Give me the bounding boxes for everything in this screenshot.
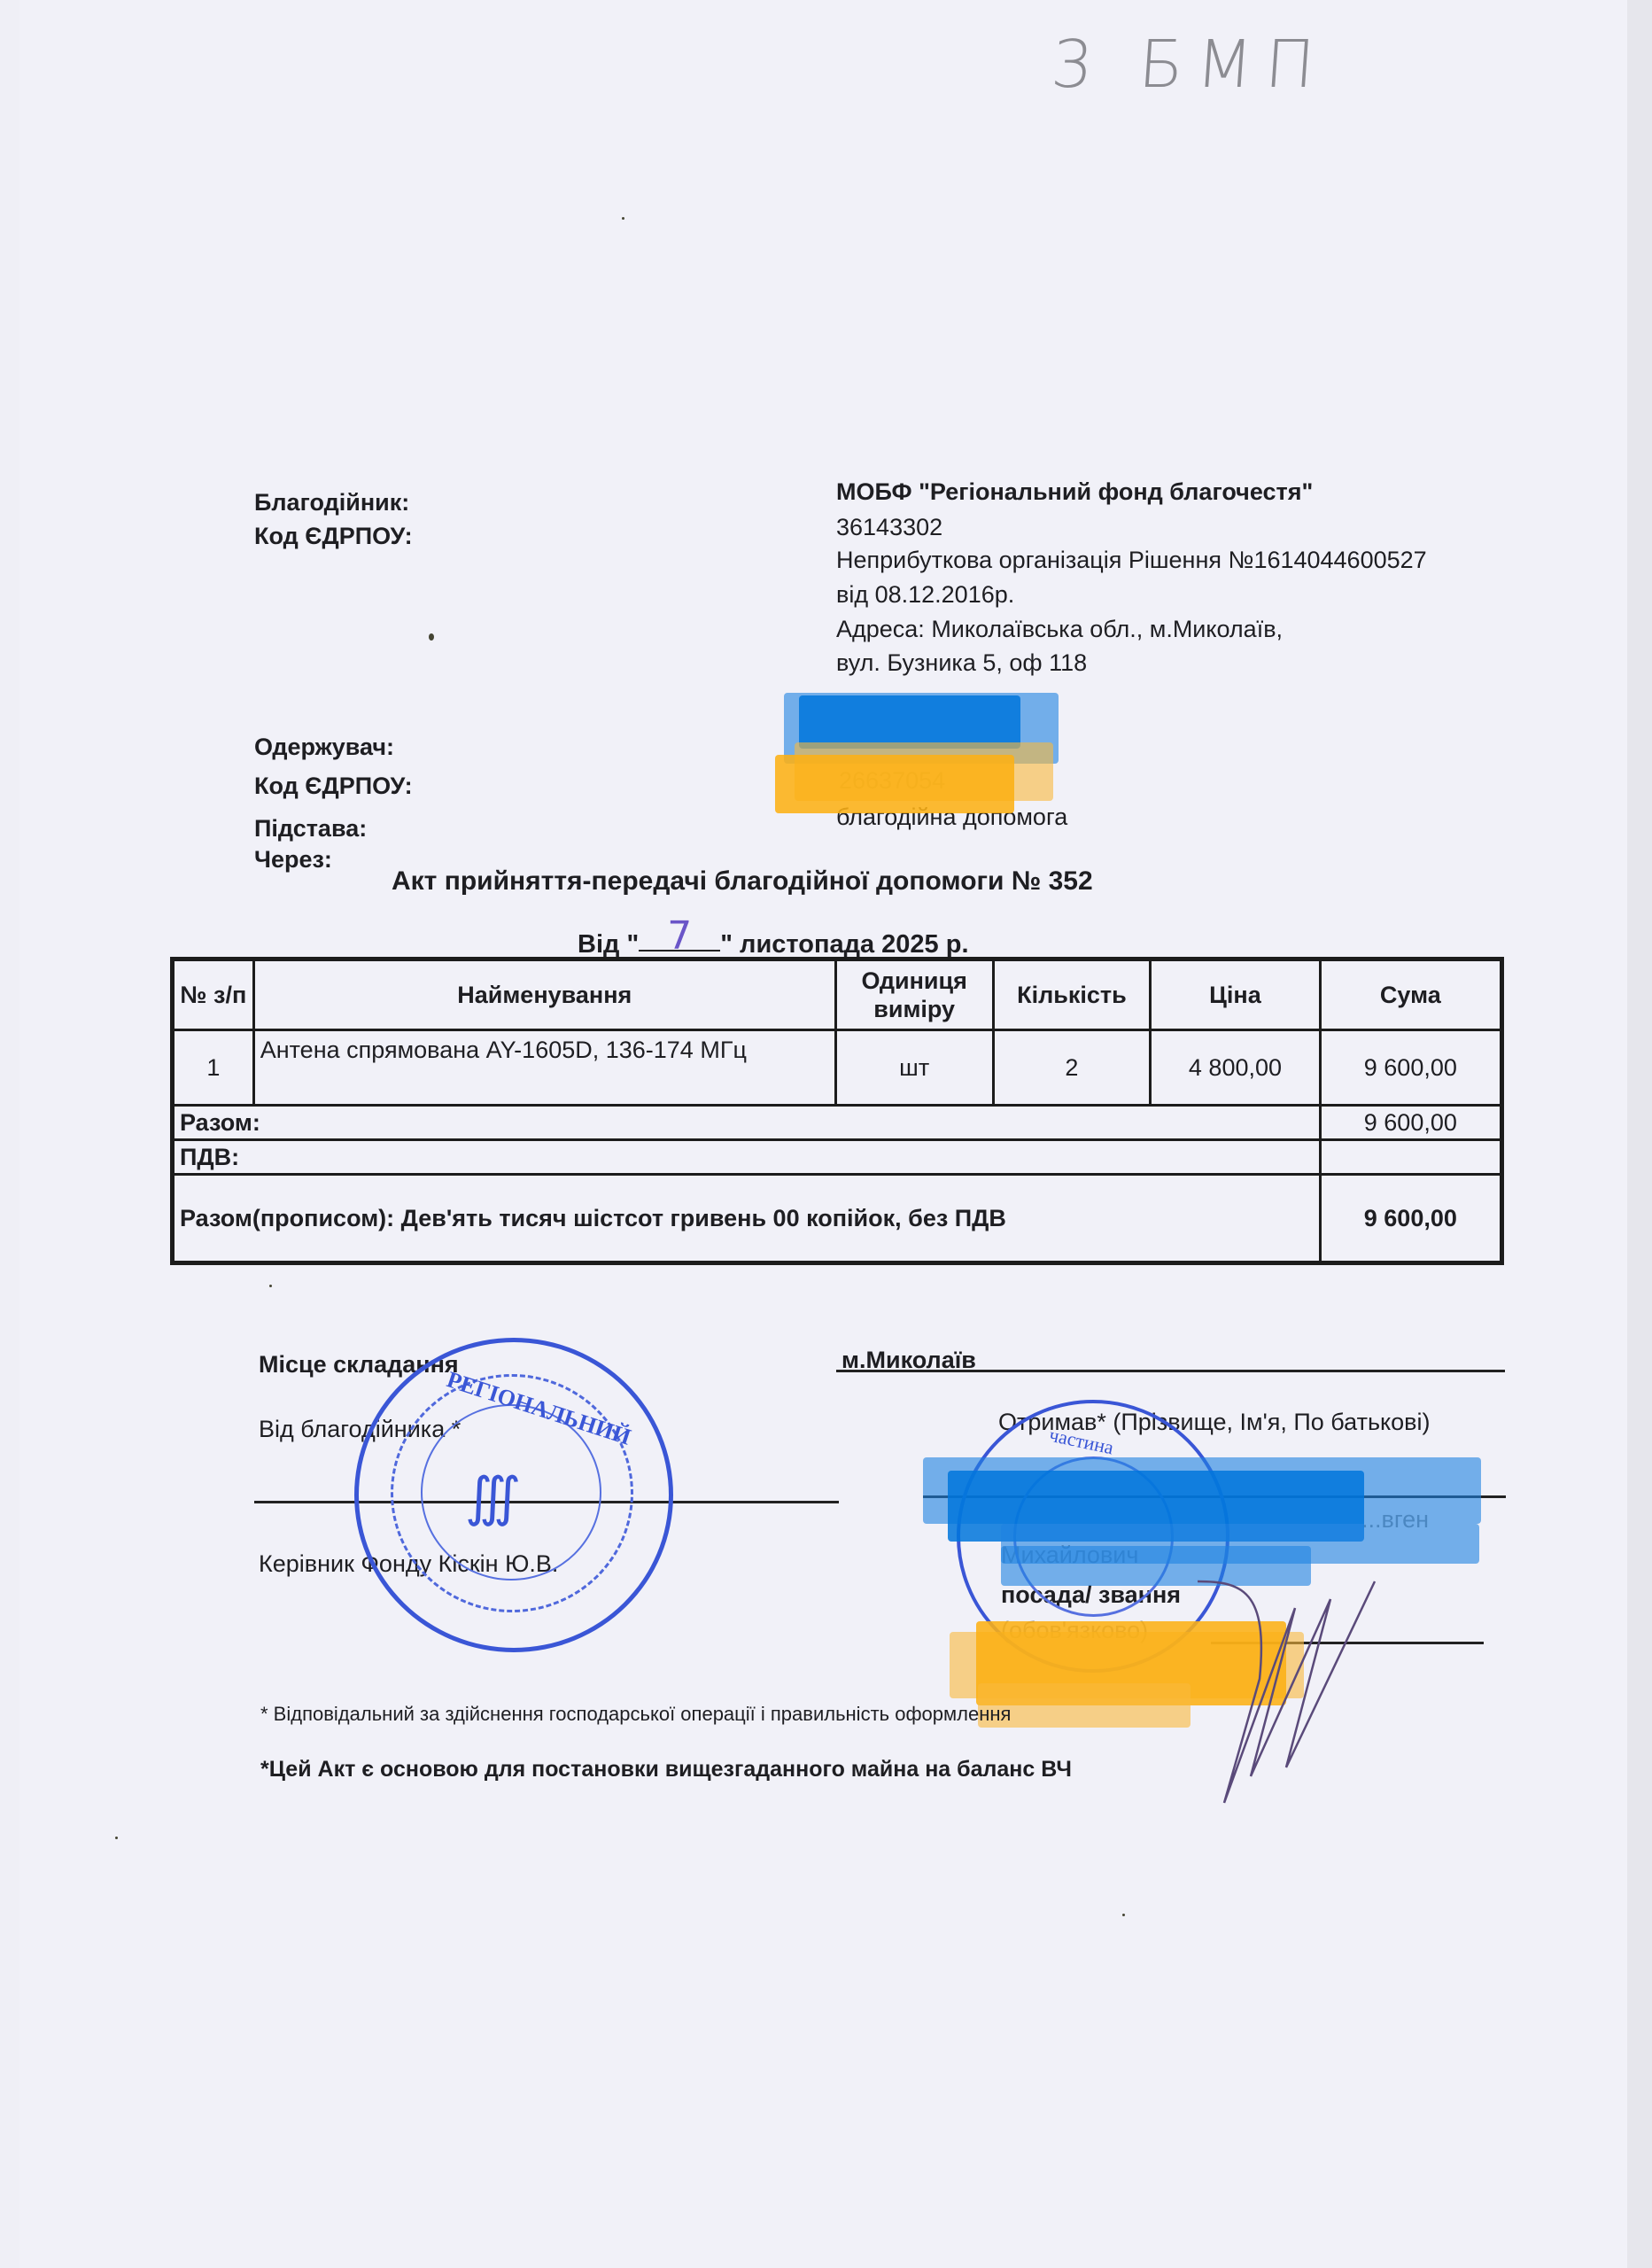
act-title: Акт прийняття-передачі благодійної допом… <box>392 866 1093 897</box>
col-header-no: № з/п <box>173 959 254 1030</box>
cell-price: 4 800,00 <box>1151 1030 1320 1106</box>
footnote-responsible: * Відповідальний за здійснення господарс… <box>260 1703 1011 1726</box>
donor-address-1: Адреса: Миколаївська обл., м.Миколаїв, <box>836 616 1283 643</box>
recipient-label: Одержувач: <box>254 734 394 761</box>
total-words-value: 9 600,00 <box>1320 1175 1501 1263</box>
vat-row: ПДВ: <box>173 1140 1502 1175</box>
redaction-yellow <box>775 755 1014 813</box>
signature-scribble-icon: ∭ <box>465 1466 521 1528</box>
recipient-via-label: Через: <box>254 846 332 874</box>
total-value: 9 600,00 <box>1320 1106 1501 1140</box>
recipient-basis-label: Підстава: <box>254 815 367 843</box>
date-day-handwritten: 7 <box>639 923 720 951</box>
recipient-edrpou-label: Код ЄДРПОУ: <box>254 773 413 800</box>
table-header-row: № з/п Найменування Одиниця виміру Кількі… <box>173 959 1502 1030</box>
col-header-name: Найменування <box>253 959 835 1030</box>
cell-name: Антена спрямована AY-1605D, 136-174 МГц <box>253 1030 835 1106</box>
total-words-label: Разом(прописом): Дев'ять тисяч шістсот г… <box>173 1175 1321 1263</box>
act-date: Від "7" листопада 2025 р. <box>578 927 969 959</box>
scan-edge <box>1627 0 1652 2268</box>
handwritten-note: 3 БМП <box>1049 27 1330 103</box>
cell-no: 1 <box>173 1030 254 1106</box>
donor-nonprofit: Неприбуткова організація Рішення №161404… <box>836 547 1427 574</box>
footnote-basis: *Цей Акт є основою для постановки вищезг… <box>260 1757 1072 1783</box>
donor-edrpou: 36143302 <box>836 514 942 541</box>
col-header-qty: Кількість <box>993 959 1151 1030</box>
date-prefix: Від " <box>578 930 639 959</box>
col-header-sum: Сума <box>1320 959 1501 1030</box>
donor-label: Благодійник: <box>254 489 409 517</box>
donor-name: МОБФ "Регіональний фонд благочестя" <box>836 478 1313 506</box>
redaction-blue <box>799 695 1020 749</box>
speck <box>622 217 624 220</box>
col-header-unit: Одиниця виміру <box>835 959 993 1030</box>
speck <box>115 1837 118 1839</box>
donor-edrpou-label: Код ЄДРПОУ: <box>254 523 413 550</box>
total-label: Разом: <box>173 1106 1321 1140</box>
total-words-row: Разом(прописом): Дев'ять тисяч шістсот г… <box>173 1175 1502 1263</box>
cell-unit: шт <box>835 1030 993 1106</box>
total-row: Разом: 9 600,00 <box>173 1106 1502 1140</box>
date-suffix: " листопада 2025 р. <box>720 930 968 959</box>
donor-stamp: РЕГІОНАЛЬНИЙ ∭ <box>354 1338 673 1652</box>
col-header-price: Ціна <box>1151 959 1320 1030</box>
speck <box>269 1285 272 1287</box>
cell-qty: 2 <box>993 1030 1151 1106</box>
place-underline <box>836 1370 1505 1372</box>
recipient-signature-icon <box>1189 1573 1401 1821</box>
vat-label: ПДВ: <box>173 1140 1321 1175</box>
donor-address-2: вул. Бузника 5, оф 118 <box>836 649 1087 677</box>
table-row: 1 Антена спрямована AY-1605D, 136-174 МГ… <box>173 1030 1502 1106</box>
speck <box>1122 1914 1125 1916</box>
donor-nonprofit-date: від 08.12.2016р. <box>836 581 1014 609</box>
items-table: № з/п Найменування Одиниця виміру Кількі… <box>170 957 1504 1265</box>
vat-value <box>1320 1140 1501 1175</box>
stamp-text: частина <box>1047 1424 1115 1460</box>
cell-sum: 9 600,00 <box>1320 1030 1501 1106</box>
speck <box>429 633 434 641</box>
document-page: 3 БМП Благодійник: Код ЄДРПОУ: МОБФ "Рег… <box>19 0 1627 2268</box>
